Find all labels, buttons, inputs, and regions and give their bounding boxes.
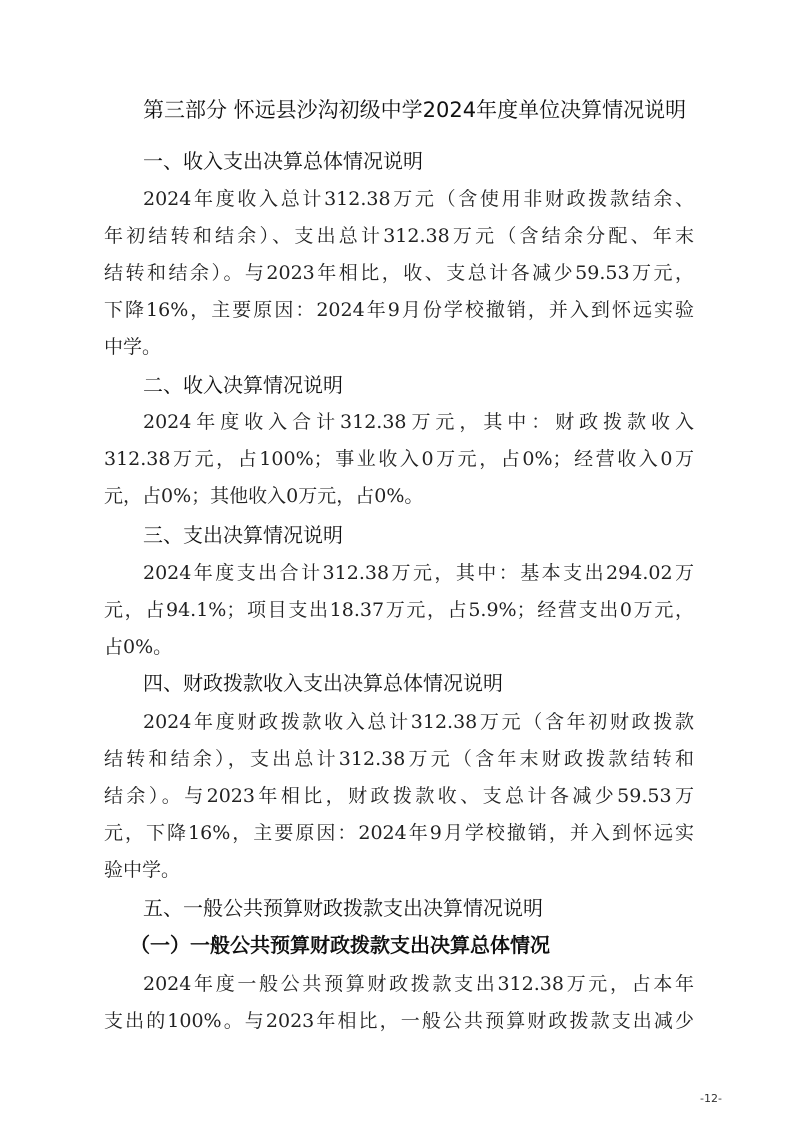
section-heading-2: 二、收入决算情况说明 [143, 370, 343, 400]
section-paragraph-1: 2024年度收入总计312.38万元（含使用非财政拨款结余、 年初结转和结余）、… [104, 181, 694, 366]
text-line: 元，下降16%，主要原因：2024年9月学校撤销，并入到怀远实 [104, 815, 694, 852]
text-line: 元，占94.1%；项目支出18.37万元，占5.9%；经营支出0万元， [104, 592, 694, 629]
page-number: -12- [700, 1092, 722, 1105]
text-line: 312.38万元，占100%；事业收入0万元，占0%；经营收入0万 [104, 441, 694, 478]
text-line: 2024年度财政拨款收入总计312.38万元（含年初财政拨款 [104, 704, 694, 741]
text-line: 2024年度收入合计312.38万元，其中：财政拨款收入 [104, 404, 694, 441]
text-line: 年初结转和结余）、支出总计312.38万元（含结余分配、年末 [104, 218, 694, 255]
text-line: 支出的100%。与2023年相比，一般公共预算财政拨款支出减少 [104, 1003, 694, 1040]
text-line: 2024年度一般公共预算财政拨款支出312.38万元，占本年 [104, 966, 694, 1003]
section-paragraph-5: 2024年度一般公共预算财政拨款支出312.38万元，占本年 支出的100%。与… [104, 966, 694, 1040]
section-heading-5: 五、一般公共预算财政拨款支出决算情况说明 [143, 893, 543, 923]
text-line: 结转和结余），支出总计312.38万元（含年末财政拨款结转和 [104, 741, 694, 778]
section-paragraph-2: 2024年度收入合计312.38万元，其中：财政拨款收入 312.38万元，占1… [104, 404, 694, 515]
section-heading-3: 三、支出决算情况说明 [143, 520, 343, 550]
text-line: 中学。 [104, 329, 694, 366]
page-title: 第三部分 怀远县沙沟初级中学2024年度单位决算情况说明 [143, 95, 703, 125]
text-line: 下降16%，主要原因：2024年9月份学校撤销，并入到怀远实验 [104, 292, 694, 329]
section-paragraph-3: 2024年度支出合计312.38万元，其中：基本支出294.02万 元，占94.… [104, 555, 694, 666]
section-heading-1: 一、收入支出决算总体情况说明 [143, 146, 423, 176]
text-line: 结余）。与2023年相比，财政拨款收、支总计各减少59.53万 [104, 778, 694, 815]
section-paragraph-4: 2024年度财政拨款收入总计312.38万元（含年初财政拨款 结转和结余），支出… [104, 704, 694, 889]
text-line: 2024年度收入总计312.38万元（含使用非财政拨款结余、 [104, 181, 694, 218]
text-line: 占0%。 [104, 629, 694, 666]
text-line: 2024年度支出合计312.38万元，其中：基本支出294.02万 [104, 555, 694, 592]
text-line: 结转和结余）。与2023年相比，收、支总计各减少59.53万元， [104, 255, 694, 292]
section-heading-4: 四、财政拨款收入支出决算总体情况说明 [143, 668, 503, 698]
subsection-heading-5-1: （一）一般公共预算财政拨款支出决算总体情况 [130, 930, 550, 960]
document-page: 第三部分 怀远县沙沟初级中学2024年度单位决算情况说明 一、收入支出决算总体情… [0, 0, 793, 1122]
text-line: 元，占0%；其他收入0万元，占0%。 [104, 478, 694, 515]
text-line: 验中学。 [104, 852, 694, 889]
